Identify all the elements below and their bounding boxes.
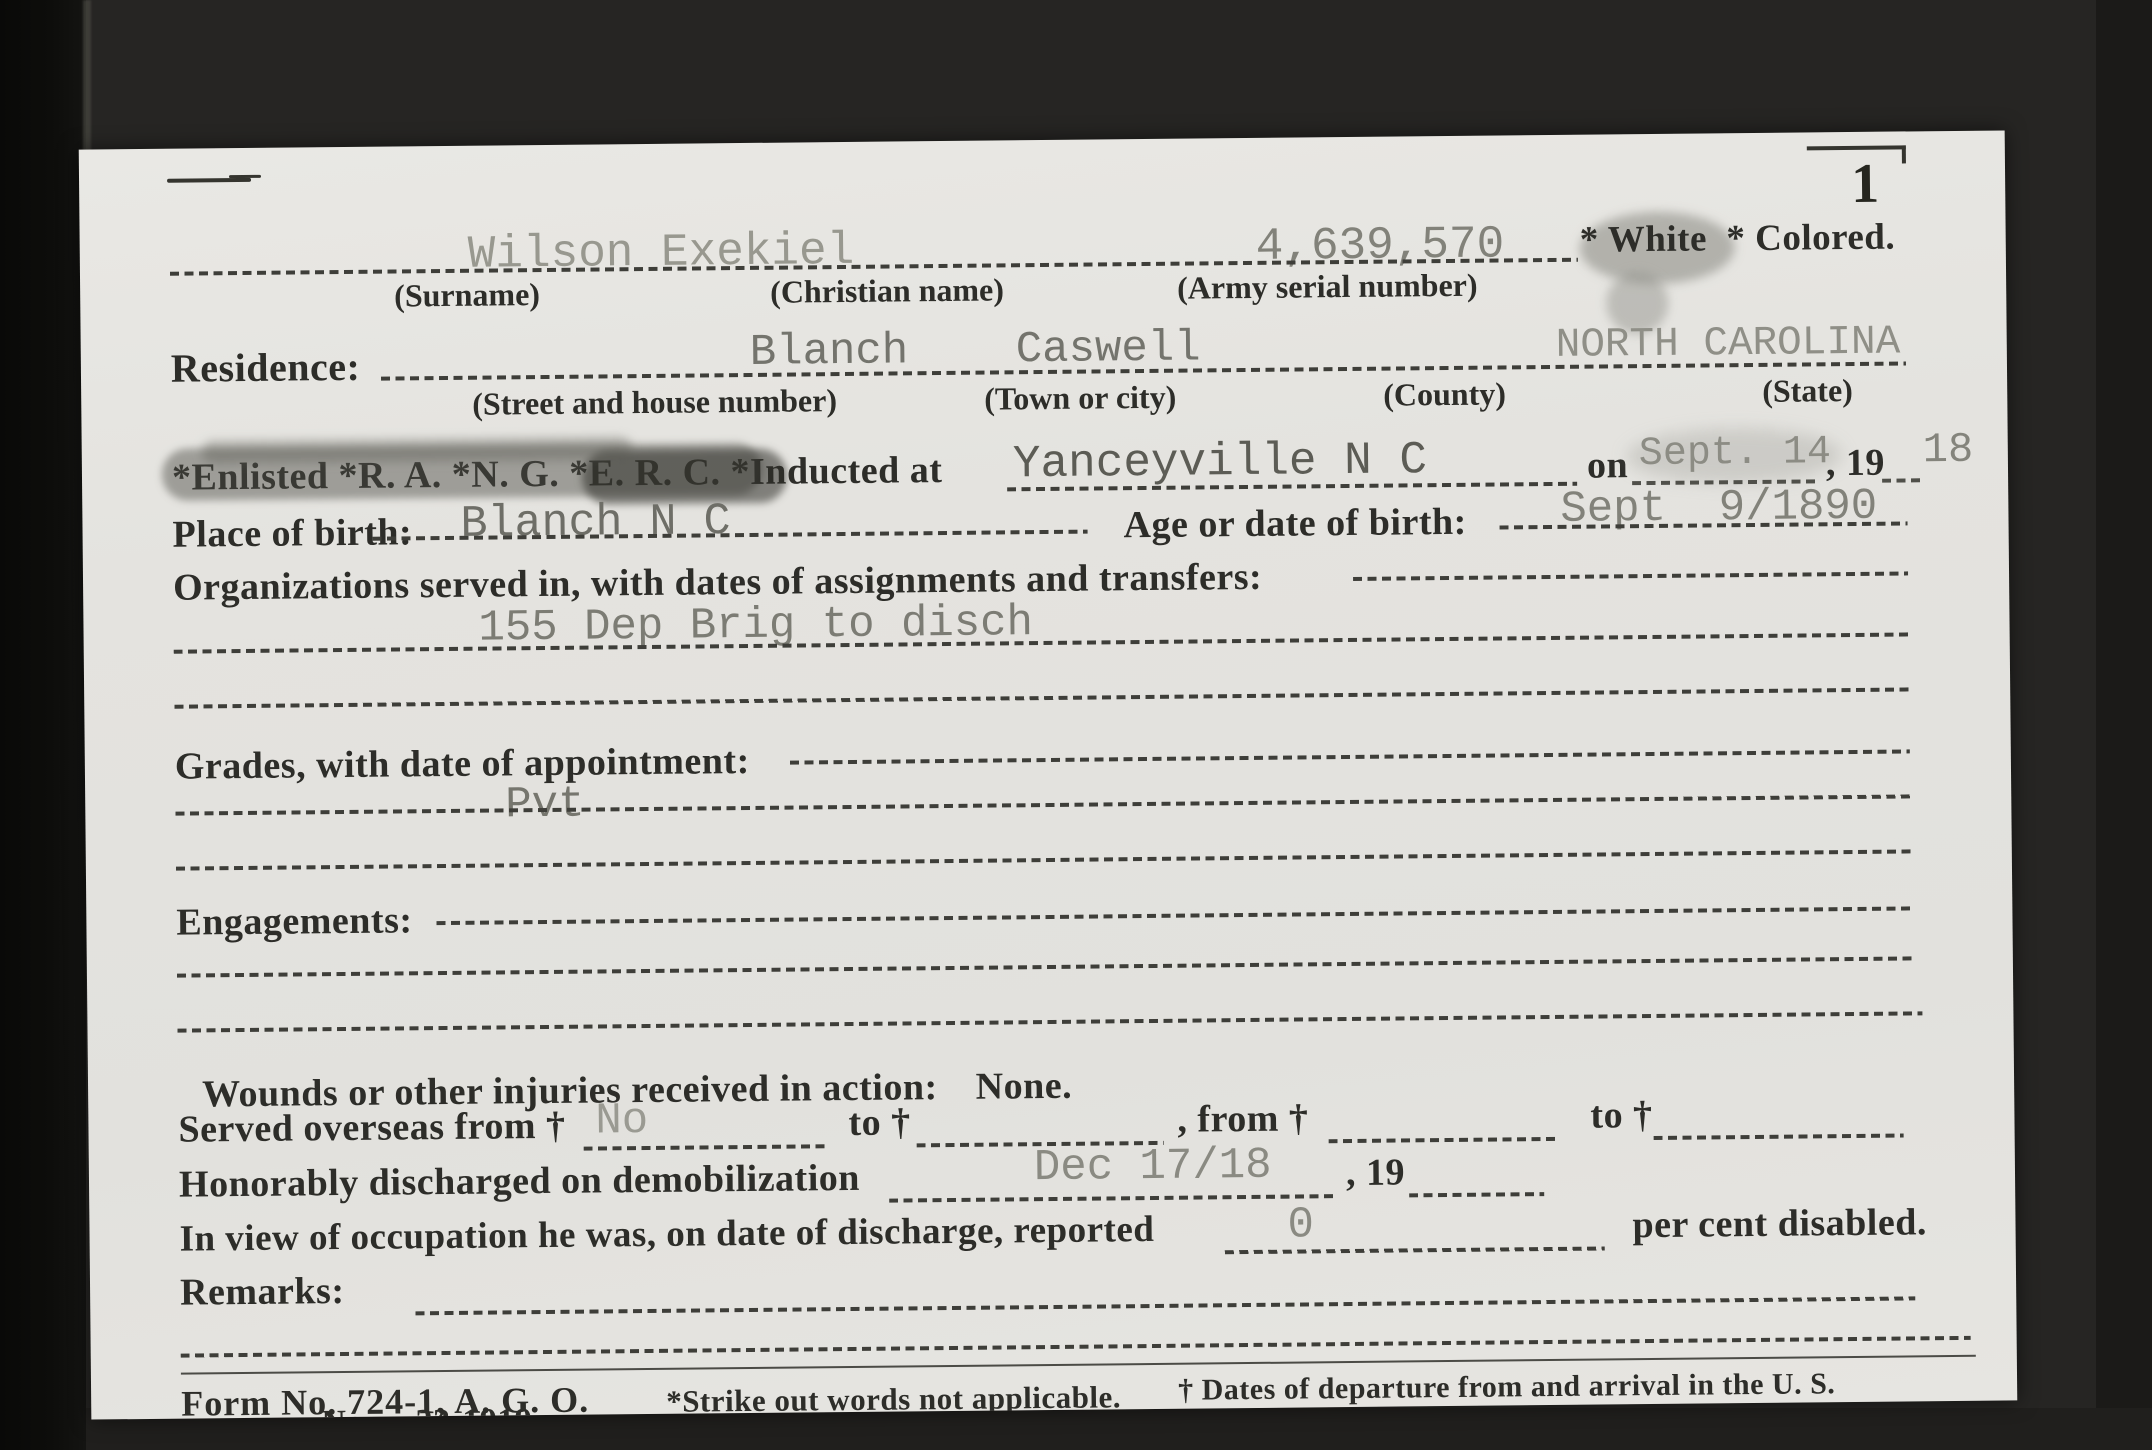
dotted-rule-remarks [415, 1296, 1915, 1315]
overseas-from2-label: , from † [1177, 1097, 1308, 1142]
wounds-value: None. [975, 1065, 1072, 1108]
overseas-dates-note: † Dates of departure from and arrival in… [1178, 1367, 1835, 1408]
dotted-rule-discharge-1 [889, 1194, 1334, 1202]
scanned-page: 1 Wilson Exekiel 4,639,570 * White * Col… [0, 0, 2152, 1450]
service-record-card: 1 Wilson Exekiel 4,639,570 * White * Col… [79, 130, 2018, 1419]
induction-year-label: , 19 [1826, 442, 1885, 486]
disability-typed: 0 [1287, 1200, 1314, 1251]
induction-place-typed: Yanceyville N C [1013, 434, 1428, 491]
disability-suffix-label: per cent disabled. [1632, 1201, 1927, 1248]
residence-label: Residence: [171, 344, 361, 392]
street-label: (Street and house number) [472, 382, 837, 422]
overseas-to-label: to † [848, 1101, 911, 1145]
induction-on-label: on [1587, 444, 1629, 488]
dotted-rule-engagements-trail [436, 906, 1911, 925]
grades-typed: Pvt [505, 780, 585, 831]
age-label: Age or date of birth: [1123, 501, 1467, 548]
remarks-label: Remarks: [180, 1270, 345, 1315]
state-label: (State) [1762, 372, 1853, 410]
pen-dash-mark-2 [229, 175, 261, 178]
dotted-rule-engagements-1 [177, 956, 1912, 977]
dotted-rule-induction-year [1882, 478, 1920, 482]
engagements-label: Engagements: [176, 899, 413, 945]
discharge-label: Honorably discharged on demobilization [179, 1157, 860, 1207]
scan-edge-streak [83, 0, 91, 170]
scan-right-border [2096, 0, 2152, 1450]
dotted-rule-overseas-4 [1654, 1134, 1904, 1140]
dotted-rule-grades-trail [790, 749, 1910, 764]
town-label: (Town or city) [984, 379, 1176, 418]
surname-label: (Surname) [394, 276, 540, 314]
induction-year-typed: 18 [1923, 426, 1974, 475]
dotted-rule-footer [181, 1336, 1971, 1358]
dotted-rule-engagements-2 [177, 1011, 1922, 1032]
county-label: (County) [1383, 375, 1506, 413]
induction-date-typed: Sept. 14 [1639, 430, 1831, 478]
dotted-rule-disability [1225, 1246, 1605, 1254]
birthplace-label: Place of birth: [172, 511, 412, 557]
discharge-year-label: , 19 [1346, 1151, 1405, 1195]
army-serial-label: (Army serial number) [1177, 267, 1478, 307]
scan-left-border [0, 0, 86, 1450]
dotted-rule-grades-1 [175, 794, 1910, 815]
serial-typed-value: 4,639,570 [1255, 218, 1504, 273]
dotted-rule-grades-2 [176, 849, 1911, 870]
dotted-rule-organizations-1 [174, 632, 1909, 653]
christian-name-label: (Christian name) [770, 271, 1004, 310]
disability-label: In view of occupation he was, on date of… [179, 1209, 1154, 1261]
dotted-rule-discharge-2 [1409, 1192, 1544, 1197]
overseas-from-typed: No [595, 1096, 648, 1147]
dotted-rule-organizations-trail [1353, 571, 1908, 581]
dotted-rule-organizations-2 [174, 687, 1909, 708]
race-options-label: * White * Colored. [1580, 217, 1896, 263]
pen-dash-mark [167, 178, 251, 183]
overseas-label: Served overseas from † [178, 1105, 565, 1153]
birthplace-typed: Blanch N C [460, 496, 731, 550]
overseas-to2-label: to † [1590, 1094, 1653, 1138]
grades-label: Grades, with date of appointment: [175, 740, 750, 789]
page-number: 1 [1851, 152, 1880, 217]
dotted-rule-overseas-3 [1329, 1137, 1560, 1143]
discharge-date-typed: Dec 17/18 [1034, 1141, 1272, 1194]
strikeout-smudge-top [202, 437, 632, 463]
